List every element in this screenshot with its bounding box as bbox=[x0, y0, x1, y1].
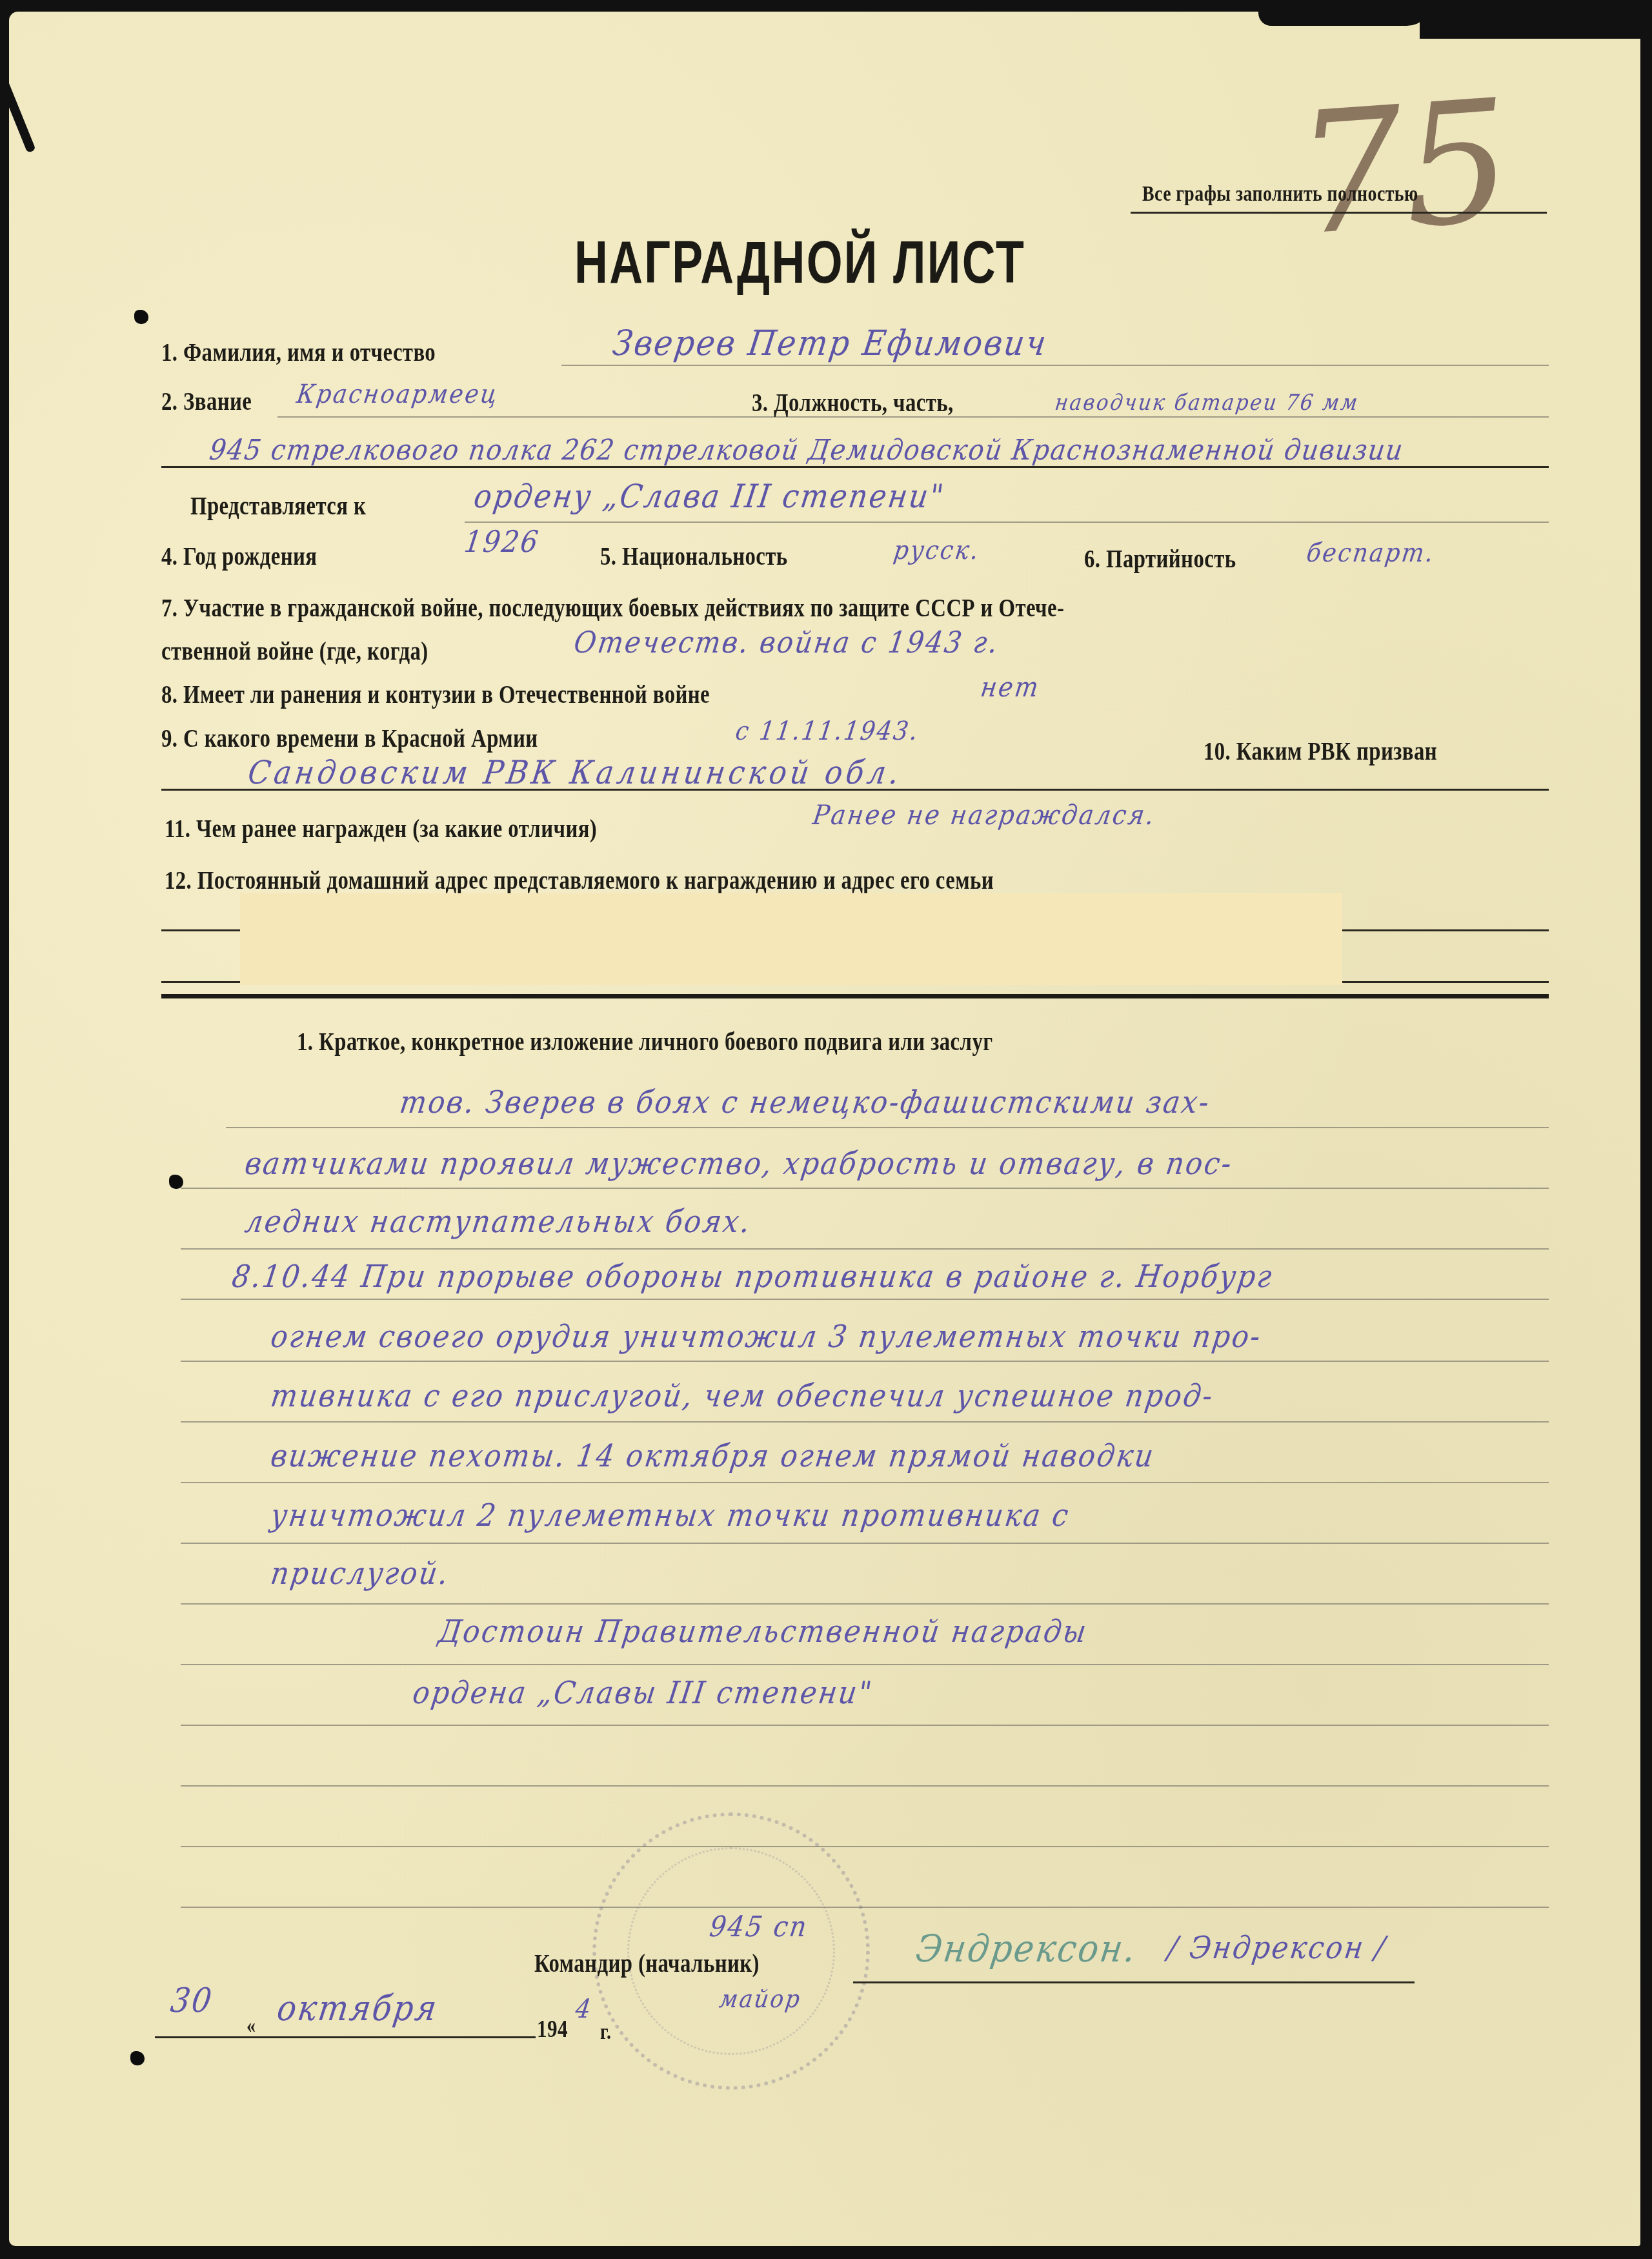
pencil-number-mark: 75 bbox=[1291, 64, 1517, 273]
narrative-line: огнем своего орудия уничтожил 3 пулеметн… bbox=[268, 1319, 1264, 1355]
field-label-position: 3. Должность, часть, bbox=[752, 387, 954, 418]
field-line bbox=[161, 466, 1549, 468]
presented-value[interactable]: ордену „Слава III степени" bbox=[472, 478, 947, 515]
presented-label: Представляется к bbox=[190, 491, 366, 521]
date-month: октября bbox=[275, 1988, 441, 2029]
signatory-rank: майор bbox=[718, 1985, 803, 2013]
ruled-line bbox=[181, 1785, 1549, 1787]
field-value-draft-office[interactable]: Сандовским РВК Калининской обл. bbox=[246, 754, 905, 791]
punch-hole bbox=[130, 2051, 145, 2065]
field-value-position[interactable]: наводчик батареи 76 мм bbox=[1053, 390, 1361, 416]
field-label-participation: 7. Участие в гражданской войне, последую… bbox=[161, 593, 1064, 623]
field-value-nationality[interactable]: русск. bbox=[892, 536, 982, 565]
ruled-line bbox=[181, 1725, 1549, 1726]
field-label-party: 6. Партийность bbox=[1084, 543, 1236, 574]
field-label-rank: 2. Звание bbox=[161, 386, 252, 416]
field-line bbox=[561, 365, 1549, 366]
torn-edge bbox=[1258, 0, 1433, 26]
narrative-line: ватчиками проявил мужество, храбрость и … bbox=[243, 1146, 1235, 1182]
ruled-line bbox=[181, 1188, 1549, 1189]
field-label-participation-cont: ственной войне (где, когда) bbox=[161, 636, 428, 666]
signature-scrawl: Эндрексон. bbox=[913, 1927, 1140, 1970]
page-title: НАГРАДНОЙ ЛИСТ bbox=[574, 229, 1025, 297]
field-label-nationality: 5. Национальность bbox=[600, 541, 788, 571]
signature-line bbox=[853, 1981, 1415, 1983]
ruled-line bbox=[181, 1299, 1549, 1300]
recommendation-line: Достоин Правительственной награды bbox=[436, 1614, 1090, 1650]
field-value-unit[interactable]: 945 стрелкового полка 262 стрелковой Дем… bbox=[207, 434, 1405, 467]
field-value-participation[interactable]: Отечеств. война с 1943 г. bbox=[572, 625, 1002, 660]
narrative-line: вижение пехоты. 14 октября огнем прямой … bbox=[268, 1438, 1157, 1474]
field-label-name: 1. Фамилия, имя и отчество bbox=[161, 337, 436, 367]
signature-unit: 945 сп bbox=[707, 1910, 810, 1943]
field-value-wounds[interactable]: нет bbox=[979, 671, 1042, 703]
field-label-prior-awards: 11. Чем ранее награжден (за какие отличи… bbox=[165, 813, 597, 844]
narrative-line: 8.10.44 При прорыве обороны противника в… bbox=[230, 1259, 1276, 1295]
instruction-underline bbox=[1131, 212, 1547, 214]
ruled-line bbox=[181, 1361, 1549, 1362]
recommendation-line: ордена „Славы III степени" bbox=[410, 1675, 876, 1711]
ruled-line bbox=[181, 1543, 1549, 1544]
narrative-line: тивника с его прислугой, чем обеспечил у… bbox=[268, 1378, 1216, 1414]
field-value-birth-year[interactable]: 1926 bbox=[462, 524, 542, 559]
ruled-line bbox=[181, 1846, 1549, 1847]
section-divider bbox=[161, 994, 1549, 998]
ruled-line bbox=[181, 1603, 1549, 1605]
field-value-service-since[interactable]: с 11.11.1943. bbox=[734, 716, 922, 746]
ruled-line bbox=[181, 1482, 1549, 1483]
field-label-draft-office: 10. Каким РВК призван bbox=[1204, 736, 1437, 766]
ruled-line bbox=[226, 1127, 1549, 1128]
field-value-prior-awards[interactable]: Ранее не награждался. bbox=[811, 799, 1158, 831]
narrative-line: прислугой. bbox=[268, 1555, 452, 1592]
ruled-line bbox=[181, 1664, 1549, 1665]
field-label-service-since: 9. С какого времени в Красной Армии bbox=[161, 723, 538, 753]
date-line bbox=[155, 2036, 536, 2038]
section-heading: 1. Краткое, конкретное изложение личного… bbox=[297, 1026, 993, 1057]
field-value-rank[interactable]: Красноармеец bbox=[295, 380, 501, 409]
ruled-line bbox=[181, 1421, 1549, 1423]
narrative-line: тов. Зверев в боях с немецко-фашистскими… bbox=[398, 1084, 1213, 1120]
narrative-line: уничтожил 2 пулеметных точки противника … bbox=[268, 1497, 1073, 1534]
date-year-unit: г. bbox=[600, 2020, 611, 2045]
date-year-prefix: 194 bbox=[537, 2015, 568, 2043]
field-label-birth-year: 4. Год рождения bbox=[161, 541, 317, 571]
redacted-address bbox=[240, 893, 1342, 985]
ruled-line bbox=[181, 1907, 1549, 1908]
field-line bbox=[465, 522, 1549, 523]
signatory-name: / Эндрексон / bbox=[1165, 1930, 1389, 1966]
signature-label: Командир (начальник) bbox=[534, 1948, 760, 1978]
field-line bbox=[161, 789, 1549, 791]
narrative-line: ледних наступательных боях. bbox=[243, 1204, 754, 1240]
instruction-text: Все графы заполнить полностью bbox=[1142, 182, 1418, 207]
torn-edge bbox=[1420, 0, 1652, 39]
punch-hole bbox=[134, 310, 148, 324]
field-label-address: 12. Постоянный домашний адрес представля… bbox=[165, 865, 994, 895]
ruled-line bbox=[181, 1248, 1549, 1250]
field-value-party[interactable]: беспарт. bbox=[1305, 538, 1437, 568]
field-value-name[interactable]: Зверев Петр Ефимович bbox=[610, 323, 1051, 363]
punch-hole bbox=[169, 1175, 183, 1189]
field-label-wounds: 8. Имеет ли ранения и контузии в Отечест… bbox=[161, 679, 710, 709]
date-day: 30 bbox=[168, 1981, 216, 2020]
date-separator: « bbox=[247, 2014, 256, 2038]
